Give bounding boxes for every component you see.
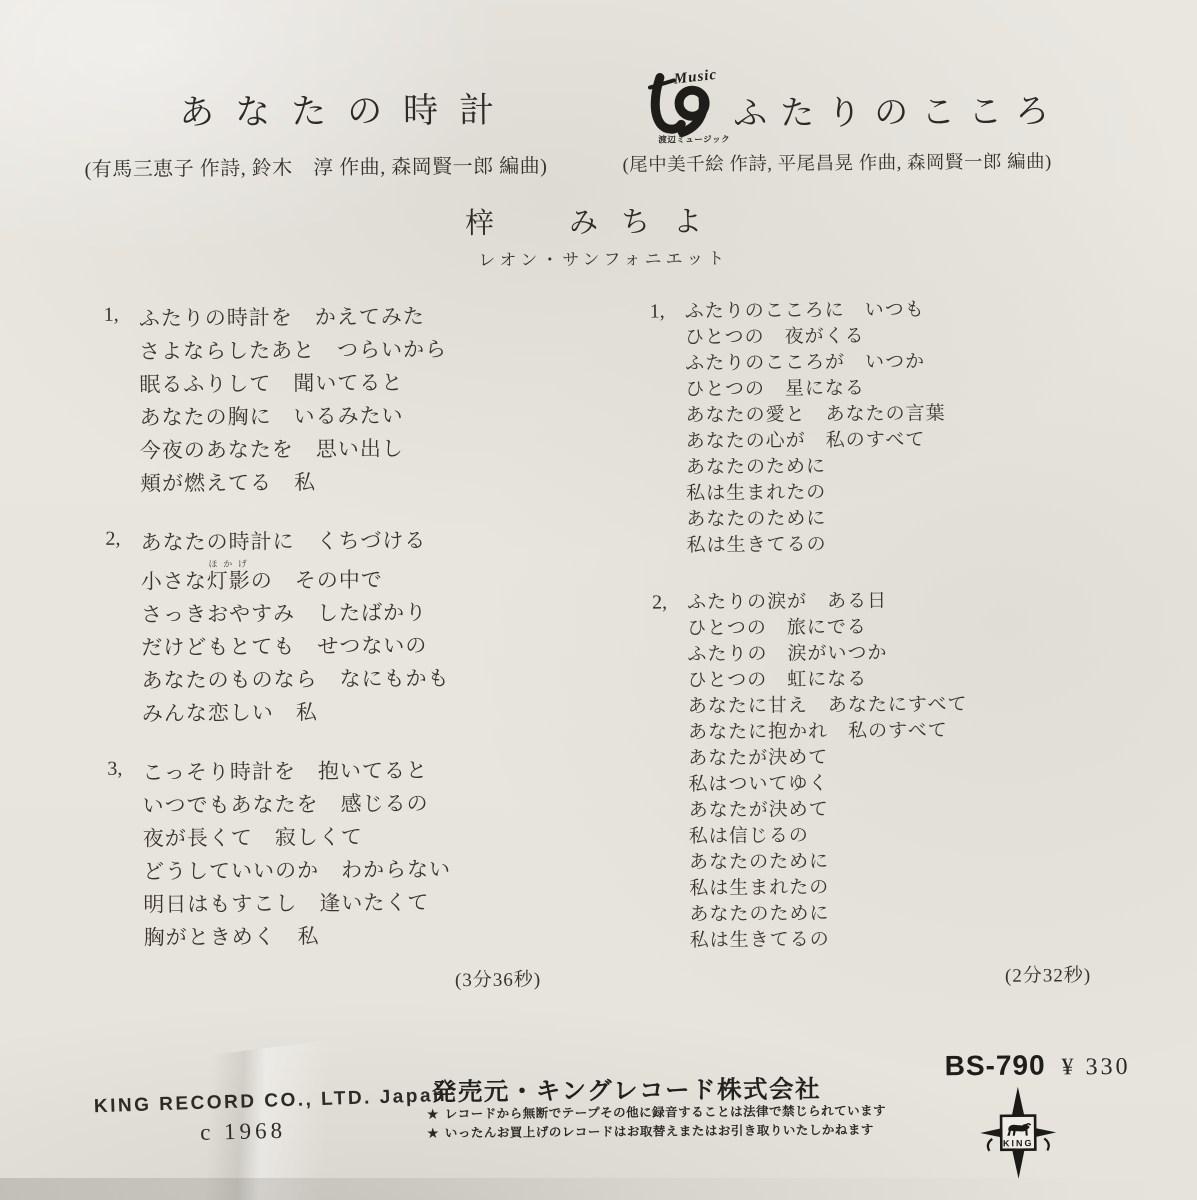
furigana: 灯影ほかげ	[207, 569, 251, 593]
furigana-base: 灯影	[207, 569, 251, 593]
notice-text: レコードから無断でテープその他に録音することは法律で禁じられています	[445, 1104, 886, 1121]
catalog-and-price: BS-790¥ 330	[945, 1049, 1131, 1082]
side-b-credits: (尾中美千絵 作詩, 平尾昌晃 作曲, 森岡賢一郎 編曲)	[622, 147, 1051, 176]
verse: 1, ふたりのこころに いつも ひとつの 夜がくる ふたりのこころが いつか ひ…	[650, 297, 1022, 560]
lyric-lines: ふたりの涙が ある日 ひとつの 旅にでる ふたりの 涙がいつか ひとつの 虹にな…	[687, 588, 1025, 955]
side-b-title: ふたりのこころ	[733, 83, 1062, 135]
lyric-text: の その中で	[251, 568, 383, 593]
lyric-line-with-furigana: 小さな灯影ほかげの その中で	[141, 557, 506, 599]
lyric-line: あなたの時計に くちづける	[140, 524, 505, 560]
verse-number: 1,	[104, 304, 119, 327]
verse: 2, あなたの時計に くちづける 小さな灯影ほかげの その中で さっきおやすみ …	[105, 524, 507, 731]
king-lion-icon: KING	[976, 1084, 1061, 1181]
verse-number: 2,	[652, 591, 667, 614]
catalog-number: BS-790	[945, 1050, 1046, 1082]
side-a-title: あなたの時計	[179, 83, 515, 136]
side-b-duration: (2分32秒)	[1005, 960, 1091, 988]
verse: 3, こっそり時計を 抱いてると いつでもあなたを 感じるの 夜が長くて 寂しく…	[107, 754, 509, 955]
record-sleeve-back: あなたの時計 Music 渡辺ミュージック ふたりのこころ (有馬三恵子 作詩,…	[0, 0, 1197, 1200]
tp-logo-caption: 渡辺ミュージック	[658, 133, 730, 146]
star-icon: ★	[427, 1107, 439, 1121]
side-a-lyrics: 1, ふたりの時計を かえてみた さよならしたあと つらいから 眠るふりして 聞…	[104, 300, 509, 955]
furigana-text: ほかげ	[207, 559, 251, 569]
verse: 1, ふたりの時計を かえてみた さよならしたあと つらいから 眠るふりして 聞…	[104, 300, 506, 501]
company-name-english: KING RECORD CO., LTD. Japan	[94, 1085, 448, 1118]
lyric-lines: こっそり時計を 抱いてると いつでもあなたを 感じるの 夜が長くて 寂しくて ど…	[142, 754, 509, 955]
verse-number: 2,	[105, 528, 120, 551]
verse-number: 1,	[650, 300, 665, 323]
sleeve-content: あなたの時計 Music 渡辺ミュージック ふたりのこころ (有馬三恵子 作詩,…	[0, 0, 1197, 1200]
legal-notices: ★レコードから無断でテープその他に録音することは法律で禁じられています ★いった…	[427, 1102, 886, 1143]
king-records-logo: KING	[976, 1084, 1061, 1181]
accompaniment-name: レオン・サンフォニエット	[478, 244, 728, 271]
lyric-lines: ふたりのこころに いつも ひとつの 夜がくる ふたりのこころが いつか ひとつの…	[685, 297, 1022, 560]
lyric-lines: さっきおやすみ したばかり だけどもとても せつないの あなたのものなら なにも…	[141, 596, 507, 731]
side-b-lyrics: 1, ふたりのこころに いつも ひとつの 夜がくる ふたりのこころが いつか ひ…	[650, 297, 1025, 955]
notice-line: ★いったんお買上げのレコードはお取替えまたはお引き取りいたしかねます	[427, 1120, 886, 1142]
king-logo-text: KING	[1003, 1138, 1034, 1148]
side-a-duration: (3分36秒)	[455, 964, 541, 992]
price: ¥ 330	[1062, 1054, 1131, 1081]
notice-text: いったんお買上げのレコードはお取替えまたはお引き取りいたしかねます	[445, 1122, 874, 1139]
lyric-text: 小さな	[141, 569, 207, 594]
copyright-year: c 1968	[200, 1118, 287, 1146]
verse: 2, ふたりの涙が ある日 ひとつの 旅にでる ふたりの 涙がいつか ひとつの …	[652, 588, 1025, 955]
lyric-lines: ふたりの時計を かえてみた さよならしたあと つらいから 眠るふりして 聞いてる…	[139, 300, 506, 501]
artist-name: 梓 みちよ	[465, 199, 725, 242]
verse-number: 3,	[107, 758, 122, 781]
star-icon: ★	[427, 1126, 439, 1140]
side-a-credits: (有馬三恵子 作詩, 鈴木 淳 作曲, 森岡賢一郎 編曲)	[84, 149, 547, 182]
